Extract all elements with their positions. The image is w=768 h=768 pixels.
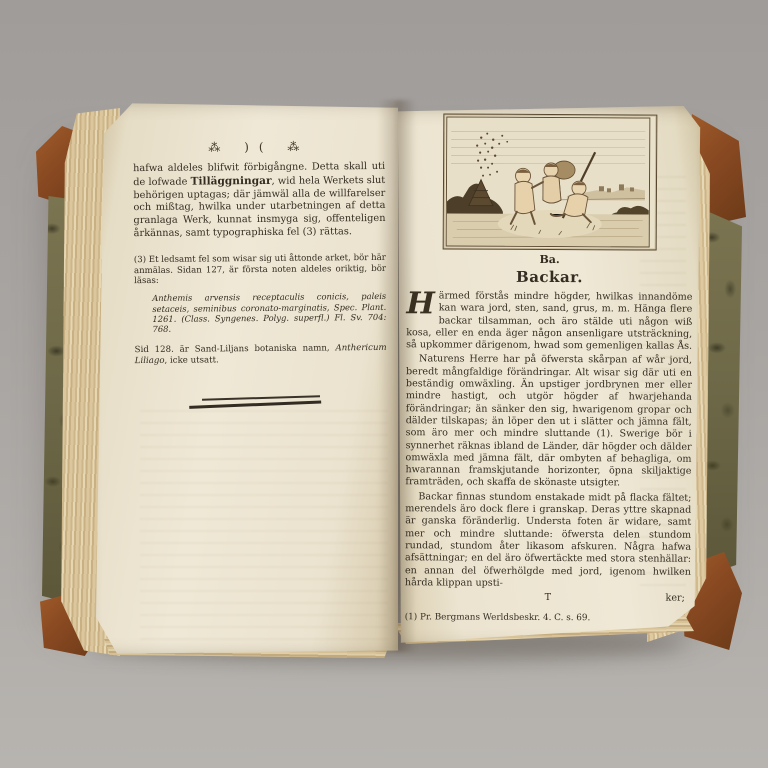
footnote2-post: , icke utsatt. (164, 355, 218, 365)
paragraph-1: Härmed förstås mindre högder, hwilkas in… (406, 290, 692, 353)
header-ornament: ⁂ )( ⁂ (133, 139, 385, 155)
footnote-sid-128: Sid 128. är Sand-Liljans botaniska namn,… (135, 343, 387, 367)
footnote2-pre: Sid 128. är Sand-Liljans botaniska namn, (135, 343, 336, 355)
catchword: ker; (665, 593, 684, 604)
gutter-shadow (378, 100, 416, 652)
paragraph-3: Backar finnas stundom enstakade midt på … (405, 491, 692, 591)
signature-caption: Ba. (407, 252, 693, 267)
left-page-text-block: ⁂ )( ⁂ hafwa aldeles blifwit förbigångne… (133, 139, 387, 408)
vignette-engraving (443, 113, 658, 250)
footnote-1-bergman: (1) Pr. Bergmans Werldsbeskr. 4. C. s. 6… (405, 612, 691, 624)
right-page-text-block: Ba. Backar. Härmed förstås mindre högder… (405, 113, 694, 633)
paragraph-2: Naturens Herre har på öfwersta skårpan a… (405, 354, 692, 491)
section-divider (135, 394, 387, 410)
gathering-signature: T (545, 592, 551, 603)
left-body-paragraph: hafwa aldeles blifwit förbigångne. Detta… (133, 161, 386, 241)
paragraph-1-text: ärmed förstås mindre högder, hwilkas inn… (406, 290, 692, 352)
body-text-emphasis: Tilläggningar (191, 175, 272, 188)
chapter-heading: Backar. (406, 268, 692, 286)
signature-row: T ker; (405, 591, 691, 605)
left-page: ⁂ )( ⁂ hafwa aldeles blifwit förbigångne… (96, 100, 398, 656)
book-photograph: ⁂ )( ⁂ hafwa aldeles blifwit förbigångne… (0, 0, 768, 768)
putti-landscape-engraving (446, 116, 651, 247)
footnote-3: (3) Et ledsamt fel som wisar sig uti ått… (134, 253, 386, 288)
ink-showthrough-left (140, 400, 388, 640)
right-page: Ba. Backar. Härmed förstås mindre högder… (396, 106, 702, 646)
footnote-latin-citation: Anthemis arvensis receptaculis conicis, … (152, 291, 386, 335)
